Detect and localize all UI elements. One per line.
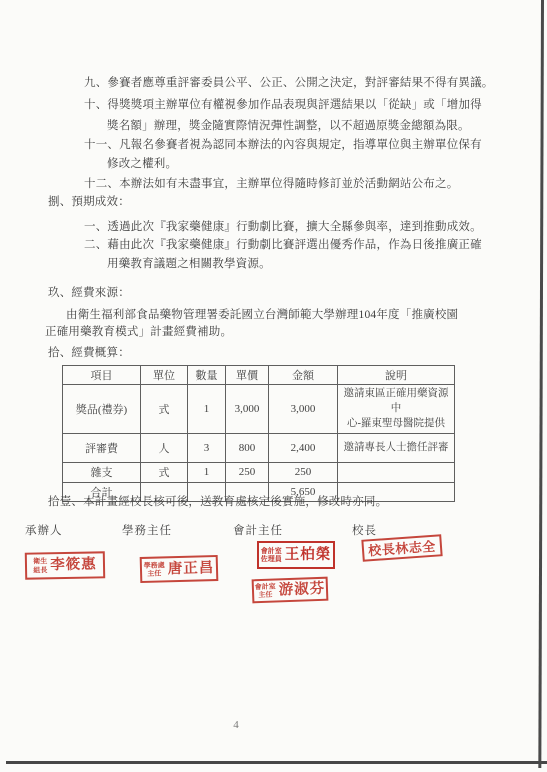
cell-amount: 250 [269,462,338,482]
stamp-title-line: 會計室 [261,547,282,555]
clause-10-line2: 獎名額」辦理，獎金隨實際情況彈性調整，以不超過原獎金總額為限。 [107,120,470,133]
table-row: 獎品(禮券) 式 1 3,000 3,000 邀請東區正確用藥資源中 心-羅東聖… [63,385,455,434]
label-principal: 校長 [352,522,377,538]
budget-table: 項目 單位 數量 單價 金額 說明 獎品(禮券) 式 1 3,000 3,000… [62,365,455,502]
cell-item: 獎品(禮券) [63,385,141,434]
col-header-qty: 數量 [188,366,226,385]
stamp-name: 王柏榮 [285,548,332,563]
cell-qty: 1 [188,385,226,434]
section-9-para-line2: 正確用藥教育模式」計畫經費補助。 [45,326,232,339]
scan-edge-bottom [6,761,547,764]
cell-item: 評審費 [63,433,141,462]
stamp-name: 校長林志全 [368,539,436,557]
cell-price: 250 [226,462,269,482]
col-header-item: 項目 [63,366,141,385]
cell-item: 雜支 [63,462,141,482]
section-8-heading: 捌、預期成效： [48,196,130,209]
table-row: 雜支 式 1 250 250 [63,462,455,482]
stamp-name: 游淑芬 [279,582,326,598]
label-undertaker: 承辦人 [25,522,63,538]
stamp-title: 會計室 佐理員 [261,547,282,563]
cell-price: 3,000 [226,385,269,434]
cell-amount: 3,000 [269,385,338,434]
stamp-title-line: 佐理員 [261,555,282,563]
cell-qty: 3 [188,433,226,462]
section-9-heading: 玖、經費來源： [48,287,130,300]
stamp-title-line: 主任 [255,590,276,599]
cell-note [338,462,455,482]
stamp-name: 唐正昌 [168,561,215,577]
cell-note: 邀請專長人士擔任評審 [338,433,455,462]
stamp-undertaker-seal: 衛生 組長 李筱惠 [25,551,105,579]
label-academic-director: 學務主任 [122,522,172,538]
cell-unit: 式 [141,462,188,482]
cell-qty: 1 [188,462,226,482]
section-10-heading: 拾、經費概算： [48,347,130,360]
section-9-para-line1: 由衛生福利部食品藥物管理署委託國立台灣師範大學辦理104年度「推廣校園 [66,309,458,322]
stamp-title-line: 衛生 [33,558,47,566]
stamp-principal-seal: 校長林志全 [361,534,442,562]
stamp-title: 會計室 主任 [254,582,276,599]
stamp-title: 衛生 組長 [33,558,47,574]
scanned-document-page: 九、參賽者應尊重評審委員公平、公正、公開之決定，對評審結果不得有異議。 十、得獎… [0,0,547,772]
stamp-accounting-director-seal: 會計室 主任 游淑芬 [252,577,329,604]
label-accounting-director: 會計主任 [233,522,283,538]
table-row: 評審費 人 3 800 2,400 邀請專長人士擔任評審 [63,433,455,462]
scan-edge-right [538,0,544,768]
clause-10-line1: 十、得獎獎項主辦單位有權視參加作品表現與評選結果以「從缺」或「增加得 [84,99,482,112]
clause-11-line1: 十一、凡報名參賽者視為認同本辦法的內容與規定，指導單位與主辦單位保有 [84,139,482,152]
clause-12: 十二、本辦法如有未盡事宜，主辦單位得隨時修訂並於活動網站公布之。 [84,178,458,191]
section-8-item2-line1: 二、藉由此次『我家藥健康』行動劇比賽評選出優秀作品，作為日後推廣正確 [84,239,482,252]
col-header-price: 單價 [226,366,269,385]
clause-9: 九、參賽者應尊重評審委員公平、公正、公開之決定，對評審結果不得有異議。 [84,77,494,90]
stamp-academic-director-seal: 學務處 主任 唐正昌 [140,555,219,583]
stamp-title-line: 主任 [144,569,165,578]
note-line: 邀請東區正確用藥資源中 [340,386,452,416]
cell-unit: 式 [141,385,188,434]
stamp-title-line: 組長 [33,566,47,574]
col-header-unit: 單位 [141,366,188,385]
note-line: 心-羅東聖母醫院提供 [340,416,452,431]
stamp-accounting-clerk-seal: 會計室 佐理員 王柏榮 [257,541,335,569]
cell-unit: 人 [141,433,188,462]
table-header-row: 項目 單位 數量 單價 金額 說明 [63,366,455,385]
col-header-note: 說明 [338,366,455,385]
cell-note: 邀請東區正確用藥資源中 心-羅東聖母醫院提供 [338,385,455,434]
section-8-item1: 一、透過此次『我家藥健康』行動劇比賽，擴大全縣參與率，達到推動成效。 [84,221,482,234]
clause-11-line2: 修改之權利。 [107,158,177,171]
section-8-item2-line2: 用藥教育議題之相關教學資源。 [107,258,271,271]
col-header-amount: 金額 [269,366,338,385]
cell-price: 800 [226,433,269,462]
cell-amount: 2,400 [269,433,338,462]
stamp-title: 學務處 主任 [144,561,165,578]
section-11-line: 拾壹、本計畫經校長核可後，送教育處核定後實施，修改時亦同。 [48,496,387,509]
page-number: 4 [224,719,248,731]
stamp-name: 李筱惠 [50,558,97,573]
